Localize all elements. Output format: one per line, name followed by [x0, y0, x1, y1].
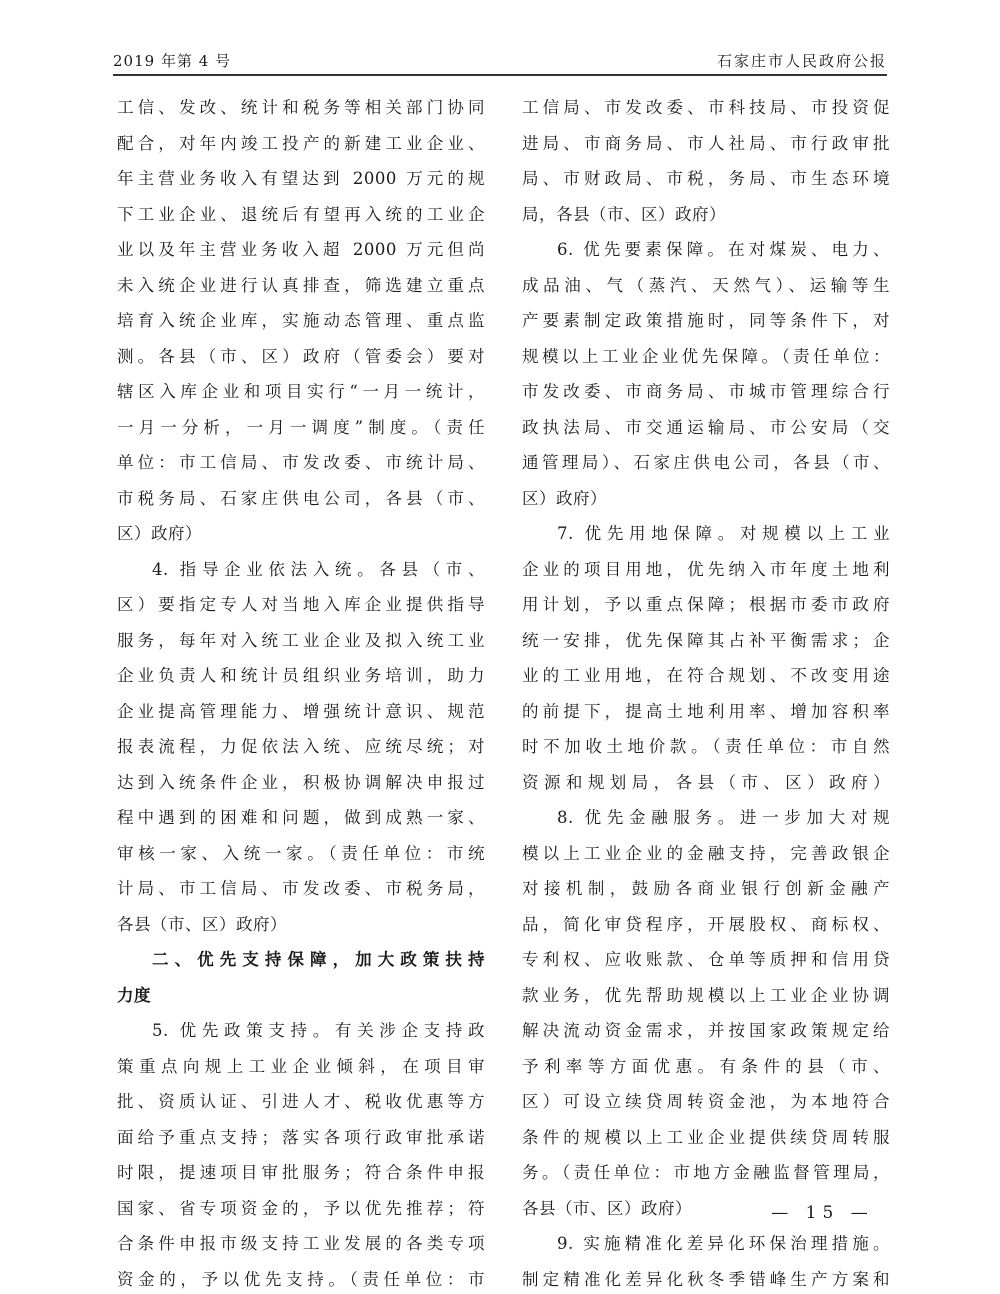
text-line: 予利率等方面优惠。有条件的县（市、	[522, 1049, 890, 1085]
text-line: 未入统企业进行认真排查，筛选建立重点	[117, 268, 485, 304]
text-line: 专利权、应收账款、仓单等质押和信用贷	[522, 942, 890, 978]
text-line: 计局、市工信局、市发改委、市税务局，	[117, 871, 485, 907]
header-rule	[113, 74, 887, 76]
text-line: 局，各县（市、区）政府）	[522, 197, 890, 233]
text-line: 市发改委、市商务局、市城市管理综合行	[522, 374, 890, 410]
text-line: 辖区入库企业和项目实行“一月一统计，	[117, 374, 485, 410]
text-line: 政执法局、市交通运输局、市公安局（交	[522, 410, 890, 446]
text-line: 资源和规划局，各县（市、区）政府）	[522, 765, 890, 801]
section-heading-line: 力度	[117, 978, 485, 1014]
text-line: 7. 优先用地保障。对规模以上工业	[522, 516, 890, 552]
text-line: 测。各县（市、区）政府（管委会）要对	[117, 339, 485, 375]
text-line: 策重点向规上工业企业倾斜，在项目审	[117, 1049, 485, 1085]
text-line: 年主营业务收入有望达到 2000 万元的规	[117, 161, 485, 197]
text-line: 9. 实施精准化差异化环保治理措施。	[522, 1226, 890, 1262]
text-line: 通管理局）、石家庄供电公司，各县（市、	[522, 445, 890, 481]
text-line: 4. 指导企业依法入统。各县（市、	[117, 552, 485, 588]
text-line: 条件的规模以上工业企业提供续贷周转服	[522, 1120, 890, 1156]
text-line: 务。（责任单位：市地方金融监督管理局，	[522, 1155, 890, 1191]
text-line: 对接机制，鼓励各商业银行创新金融产	[522, 871, 890, 907]
text-line: 解决流动资金需求，并按国家政策规定给	[522, 1013, 890, 1049]
text-line: 工信、发改、统计和税务等相关部门协同	[117, 90, 485, 126]
text-line: 产要素制定政策措施时，同等条件下，对	[522, 303, 890, 339]
issue-label: 2019 年第 4 号	[113, 50, 231, 71]
text-line: 制定精准化差异化秋冬季错峰生产方案和	[522, 1262, 890, 1294]
text-line: 区）要指定专人对当地入库企业提供指导	[117, 587, 485, 623]
text-line: 区）可设立续贷周转资金池，为本地符合	[522, 1084, 890, 1120]
text-line: 审核一家、入统一家。（责任单位：市统	[117, 836, 485, 872]
text-line: 品，简化审贷程序，开展股权、商标权、	[522, 907, 890, 943]
text-line: 国家、省专项资金的，予以优先推荐；符	[117, 1191, 485, 1227]
text-line: 进局、市商务局、市人社局、市行政审批	[522, 126, 890, 162]
page-number: — 15 —	[760, 1203, 885, 1223]
text-line: 成品油、气（蒸汽、天然气）、运输等生	[522, 268, 890, 304]
text-line: 模以上工业企业的金融支持，完善政银企	[522, 836, 890, 872]
text-line: 报表流程，力促依法入统、应统尽统；对	[117, 729, 485, 765]
text-line: 规模以上工业企业优先保障。（责任单位：	[522, 339, 890, 375]
running-header: 2019 年第 4 号 石家庄市人民政府公报	[113, 48, 887, 74]
section-heading-line: 二、优先支持保障，加大政策扶持	[117, 942, 485, 978]
text-line: 8. 优先金融服务。进一步加大对规	[522, 800, 890, 836]
text-line: 区）政府）	[117, 516, 485, 552]
text-line: 各县（市、区）政府）	[117, 907, 485, 943]
text-line: 培育入统企业库，实施动态管理、重点监	[117, 303, 485, 339]
publication-title: 石家庄市人民政府公报	[717, 50, 887, 71]
text-line: 局、市财政局、市税，务局、市生态环境	[522, 161, 890, 197]
text-line: 达到入统条件企业，积极协调解决申报过	[117, 765, 485, 801]
text-line: 面给予重点支持；落实各项行政审批承诺	[117, 1120, 485, 1156]
text-line: 时限，提速项目审批服务；符合条件申报	[117, 1155, 485, 1191]
text-line: 款业务，优先帮助规模以上工业企业协调	[522, 978, 890, 1014]
text-line: 统一安排，优先保障其占补平衡需求；企	[522, 623, 890, 659]
left-column: 工信、发改、统计和税务等相关部门协同配合，对年内竣工投产的新建工业企业、年主营业…	[117, 90, 485, 1294]
text-line: 市税务局、石家庄供电公司，各县（市、	[117, 481, 485, 517]
text-line: 业的工业用地，在符合规划、不改变用途	[522, 658, 890, 694]
text-line: 服务，每年对入统工业企业及拟入统工业	[117, 623, 485, 659]
text-line: 程中遇到的困难和问题，做到成熟一家、	[117, 800, 485, 836]
text-line: 下工业企业、退统后有望再入统的工业企	[117, 197, 485, 233]
right-column: 工信局、市发改委、市科技局、市投资促进局、市商务局、市人社局、市行政审批局、市财…	[522, 90, 890, 1294]
text-line: 资金的，予以优先支持。（责任单位：市	[117, 1262, 485, 1294]
text-line: 合条件申报市级支持工业发展的各类专项	[117, 1226, 485, 1262]
text-line: 工信局、市发改委、市科技局、市投资促	[522, 90, 890, 126]
text-line: 业以及年主营业务收入超 2000 万元但尚	[117, 232, 485, 268]
text-line: 时不加收土地价款。（责任单位：市自然	[522, 729, 890, 765]
text-line: 6. 优先要素保障。在对煤炭、电力、	[522, 232, 890, 268]
text-line: 企业负责人和统计员组织业务培训，助力	[117, 658, 485, 694]
text-line: 区）政府）	[522, 481, 890, 517]
text-line: 一月一分析，一月一调度”制度。（责任	[117, 410, 485, 446]
text-line: 批、资质认证、引进人才、税收优惠等方	[117, 1084, 485, 1120]
text-line: 配合，对年内竣工投产的新建工业企业、	[117, 126, 485, 162]
text-line: 5. 优先政策支持。有关涉企支持政	[117, 1013, 485, 1049]
text-line: 企业的项目用地，优先纳入市年度土地利	[522, 552, 890, 588]
text-line: 的前提下，提高土地利用率、增加容积率	[522, 694, 890, 730]
text-line: 单位：市工信局、市发改委、市统计局、	[117, 445, 485, 481]
text-line: 企业提高管理能力、增强统计意识、规范	[117, 694, 485, 730]
text-line: 用计划，予以重点保障；根据市委市政府	[522, 587, 890, 623]
